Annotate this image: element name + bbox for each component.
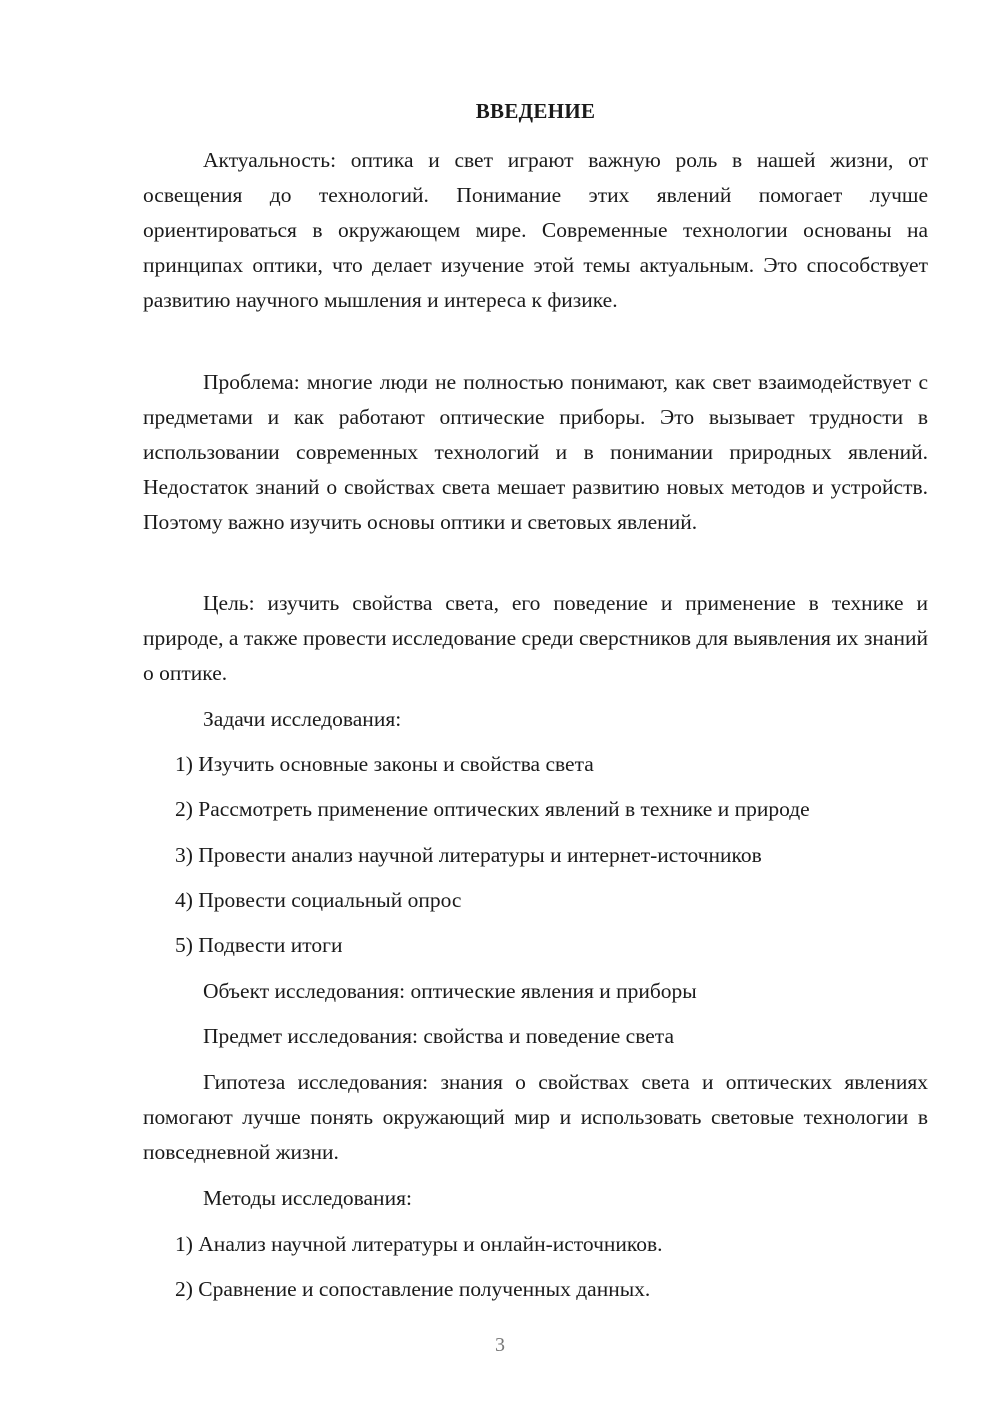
task-item-5: 5) Подвести итоги [175, 928, 343, 963]
research-object: Объект исследования: оптические явления … [203, 974, 697, 1009]
method-item-2: 2) Сравнение и сопоставление полученных … [175, 1272, 650, 1307]
task-item-1: 1) Изучить основные законы и свойства св… [175, 747, 594, 782]
section-title: ВВЕДЕНИЕ [143, 96, 928, 126]
paragraph-goal: Цель: изучить свойства света, его поведе… [143, 586, 928, 691]
paragraph-relevance: Актуальность: оптика и свет играют важну… [143, 143, 928, 318]
task-item-4: 4) Провести социальный опрос [175, 883, 461, 918]
task-item-2: 2) Рассмотреть применение оптических явл… [175, 792, 810, 827]
tasks-heading: Задачи исследования: [203, 702, 401, 737]
research-subject: Предмет исследования: свойства и поведен… [203, 1019, 674, 1054]
methods-heading: Методы исследования: [203, 1181, 412, 1216]
page-number: 3 [0, 1334, 1000, 1357]
method-item-1: 1) Анализ научной литературы и онлайн-ис… [175, 1227, 663, 1262]
paragraph-problem: Проблема: многие люди не полностью поним… [143, 365, 928, 540]
task-item-3: 3) Провести анализ научной литературы и … [175, 838, 762, 873]
paragraph-hypothesis: Гипотеза исследования: знания о свойства… [143, 1065, 928, 1170]
